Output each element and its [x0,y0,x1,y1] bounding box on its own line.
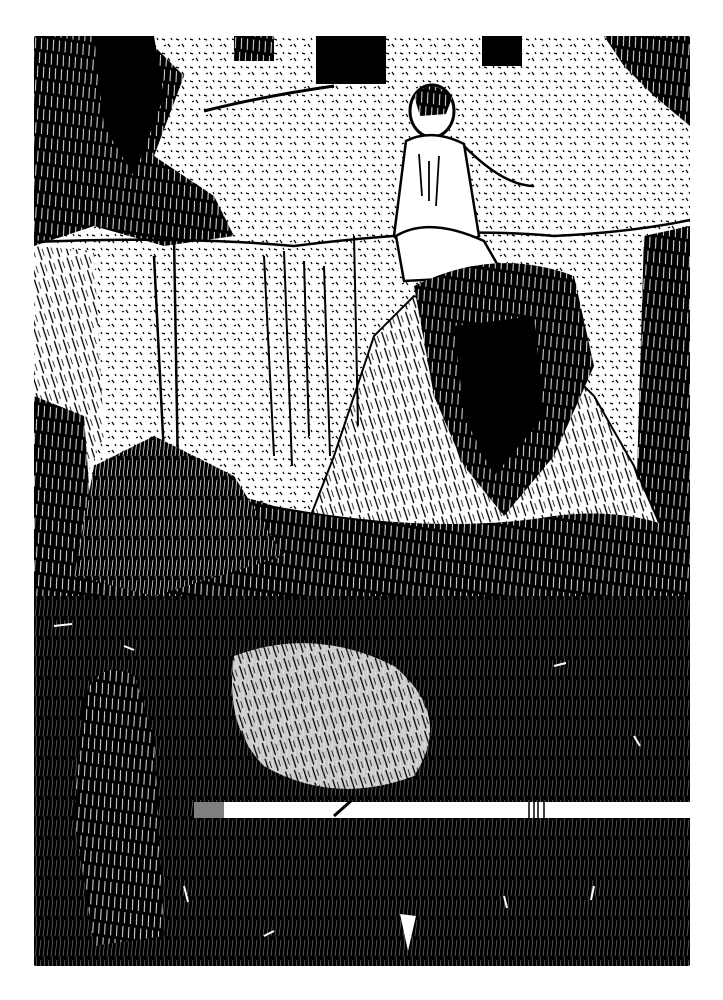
horizontal-rail [194,800,690,818]
artwork-image [34,36,690,966]
woodcut-illustration [34,36,690,966]
